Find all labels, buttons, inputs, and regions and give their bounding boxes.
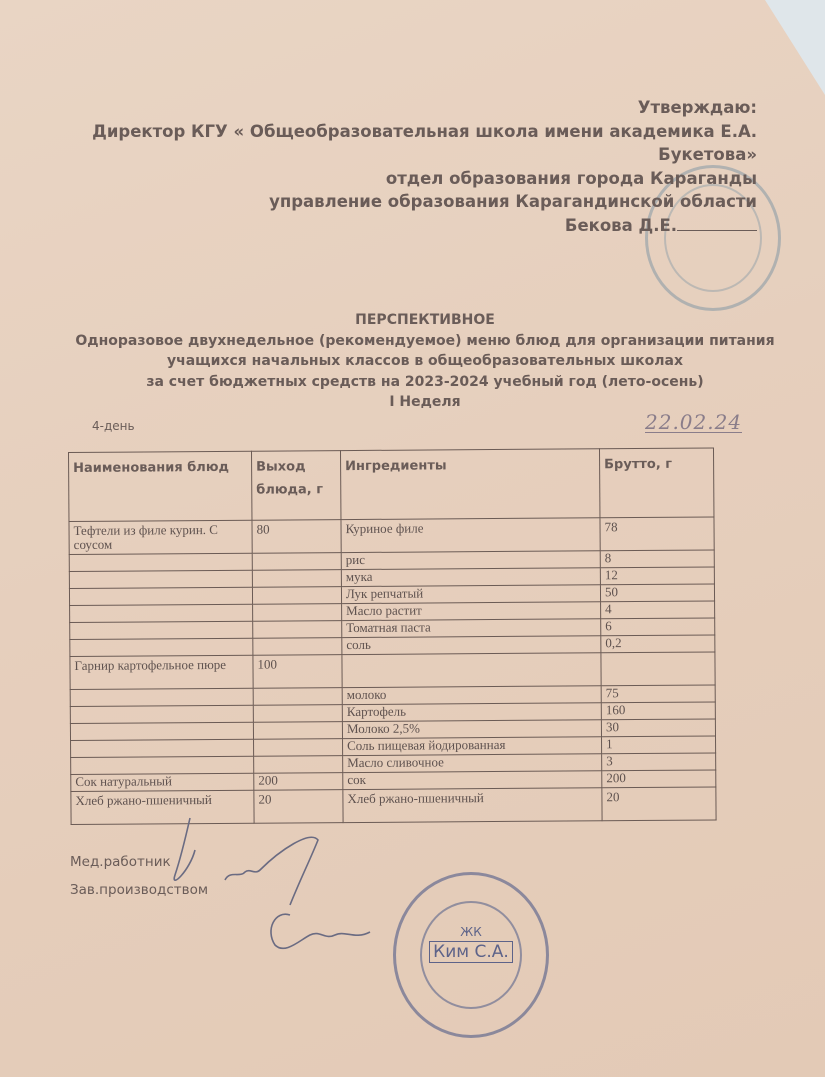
document-title: ПЕРСПЕКТИВНОЕ Одноразовое двухнедельное … [60, 310, 790, 413]
cell-ingredient: Масло растит [342, 602, 601, 621]
cell-gross: 20 [602, 787, 716, 821]
table-row: Гарнир картофельное пюре100 [70, 652, 715, 690]
cell-gross [601, 652, 715, 686]
cell-dish [71, 756, 254, 774]
header-yield: Выход блюда, г [251, 451, 340, 521]
cell-yield: 200 [254, 773, 343, 791]
cell-ingredient: Картофель [342, 703, 601, 722]
cell-dish [70, 688, 253, 706]
cell-gross: 12 [600, 567, 714, 585]
header-dish: Наименования блюд [69, 451, 252, 521]
stamp-center: ЖК Ким С.А. [420, 901, 522, 1009]
cell-dish [70, 604, 253, 622]
cell-gross: 6 [601, 618, 715, 636]
cell-dish [71, 739, 254, 757]
cell-dish [69, 553, 252, 571]
cell-ingredient: сок [343, 771, 602, 790]
cell-ingredient: мука [341, 568, 600, 587]
cell-ingredient: Лук репчатый [341, 585, 600, 604]
approval-school-name: Букетова» [92, 143, 757, 167]
cell-dish [70, 722, 253, 740]
cell-ingredient: Соль пищевая йодированная [343, 737, 602, 756]
cell-dish [70, 638, 253, 656]
cell-gross: 1 [602, 736, 716, 754]
cell-gross: 75 [601, 685, 715, 703]
title-line-4: за счет бюджетных средств на 2023-2024 у… [60, 372, 790, 393]
approval-heading: Утверждаю: [92, 96, 757, 120]
cell-dish [70, 705, 253, 723]
approval-signer: Бекова Д.Е. [92, 214, 757, 238]
cell-dish [70, 621, 253, 639]
cell-gross: 0,2 [601, 635, 715, 653]
approval-department: отдел образования города Караганды [92, 167, 757, 191]
handwritten-signatures [150, 810, 380, 960]
approval-administration: управление образования Карагандинской об… [92, 190, 757, 214]
cell-yield [254, 756, 343, 774]
cell-gross: 160 [601, 702, 715, 720]
cell-yield: 80 [252, 520, 341, 554]
day-label: 4-день [92, 419, 135, 433]
cell-yield [252, 570, 341, 588]
cell-gross: 50 [600, 584, 714, 602]
cell-ingredient: рис [341, 551, 600, 570]
table-body: Тефтели из филе курин. С соусом80Куриное… [69, 517, 716, 824]
cell-ingredient: Томатная паста [342, 619, 601, 638]
cell-ingredient: Молоко 2,5% [342, 720, 601, 739]
cell-ingredient: Куриное филе [341, 518, 600, 553]
cell-dish: Гарнир картофельное пюре [70, 655, 253, 689]
cell-gross: 3 [602, 753, 716, 771]
cell-gross: 200 [602, 770, 716, 788]
cell-dish: Тефтели из филе курин. С соусом [69, 520, 252, 554]
cell-yield [254, 739, 343, 757]
stamp-name: Ким С.А. [429, 941, 513, 963]
cell-gross: 30 [601, 719, 715, 737]
header-gross: Брутто, г [599, 448, 713, 518]
cell-yield: 100 [253, 655, 342, 689]
approval-director: Директор КГУ « Общеобразовательная школа… [92, 120, 757, 144]
cell-dish [69, 587, 252, 605]
menu-table: Наименования блюд Выход блюда, г Ингреди… [68, 447, 717, 825]
cell-ingredient: соль [342, 636, 601, 655]
cell-yield [253, 722, 342, 740]
cell-yield [253, 621, 342, 639]
title-line-3: учащихся начальных классов в общеобразов… [60, 351, 790, 372]
cell-dish: Сок натуральный [71, 773, 254, 791]
approval-signer-name: Бекова Д.Е. [565, 216, 677, 235]
cell-ingredient: молоко [342, 686, 601, 705]
cell-yield [253, 638, 342, 656]
cell-gross: 4 [601, 601, 715, 619]
title-line-2: Одноразовое двухнедельное (рекомендуемое… [60, 331, 790, 352]
handwritten-date: 22.02.24 [645, 412, 742, 433]
signature-line [677, 216, 757, 231]
cell-yield [253, 688, 342, 706]
cell-yield [253, 705, 342, 723]
cell-ingredient [342, 653, 601, 688]
header-ingredients: Ингредиенты [340, 449, 599, 520]
cell-ingredient: Масло сливочное [343, 754, 602, 773]
stamp-top-text: ЖК [422, 925, 520, 939]
cell-yield [252, 553, 341, 571]
approval-block: Утверждаю: Директор КГУ « Общеобразовате… [92, 96, 757, 237]
title-line-1: ПЕРСПЕКТИВНОЕ [60, 310, 790, 331]
table-header-row: Наименования блюд Выход блюда, г Ингреди… [69, 448, 714, 522]
cell-gross: 78 [600, 517, 714, 551]
cell-ingredient: Хлеб ржано-пшеничный [343, 788, 602, 823]
cell-gross: 8 [600, 550, 714, 568]
kim-stamp: ЖК Ким С.А. [393, 872, 549, 1038]
cell-dish [69, 570, 252, 588]
cell-yield [253, 604, 342, 622]
cell-yield [252, 587, 341, 605]
table-row: Тефтели из филе курин. С соусом80Куриное… [69, 517, 714, 555]
